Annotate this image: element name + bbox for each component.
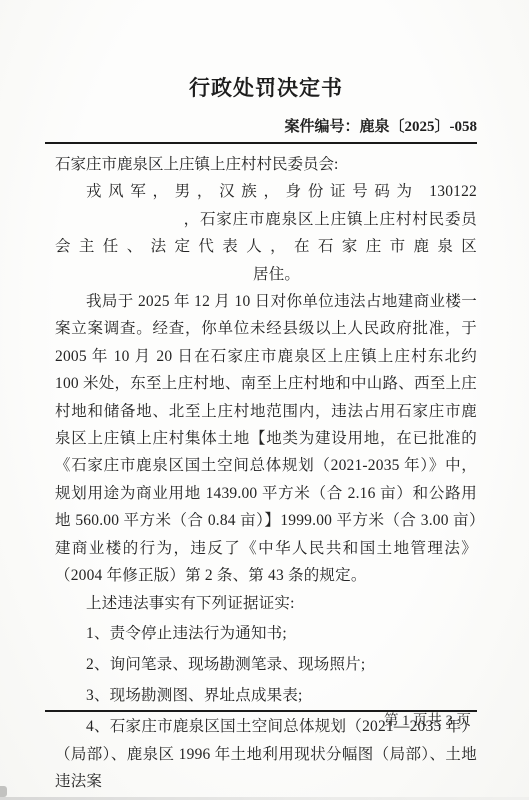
case-facts-paragraph: 我局于 2025 年 12 月 10 日对你单位违法占地建商业楼一案立案调查。经… xyxy=(55,288,477,589)
header-divider-rule xyxy=(45,142,477,144)
evidence-intro-line: 上述违法事实有下列证据证实: xyxy=(55,590,477,617)
scanned-document-page: 行政处罚决定书 案件编号：鹿泉〔2025〕-058 石家庄市鹿泉区上庄镇上庄村村… xyxy=(0,0,529,800)
case-number-value: 鹿泉〔2025〕-058 xyxy=(360,119,478,135)
party-info-text-3: 居住。 xyxy=(253,266,300,283)
party-info-text-1: 戎风军，男，汉族，身份证号码为 130122 xyxy=(86,183,477,200)
address-redacted-blank xyxy=(55,278,253,279)
evidence-item-3: 3、现场勘测图、界址点成果表; xyxy=(55,682,477,709)
evidence-item-2: 2、询问笔录、现场勘测笔录、现场照片; xyxy=(55,651,477,678)
page-number-footer: 第 1 页共 3 页 xyxy=(384,709,471,730)
scan-corner-smudge-artifact xyxy=(0,786,7,797)
recipient-line: 石家庄市鹿泉区上庄镇上庄村村民委员会: xyxy=(55,151,477,178)
document-content: 行政处罚决定书 案件编号：鹿泉〔2025〕-058 石家庄市鹿泉区上庄镇上庄村村… xyxy=(55,0,477,795)
party-info-text-2: ，石家庄市鹿泉区上庄镇上庄村村民委员会主任、法定代表人，在石家庄市鹿泉区 xyxy=(55,211,477,255)
id-number-redacted-blank xyxy=(55,223,183,224)
party-info-paragraph: 戎风军，男，汉族，身份证号码为 130122，石家庄市鹿泉区上庄镇上庄村村民委员… xyxy=(55,178,477,288)
document-title: 行政处罚决定书 xyxy=(55,72,477,102)
case-number-label: 案件编号： xyxy=(284,119,359,135)
evidence-item-1: 1、责令停止违法行为通知书; xyxy=(55,620,477,647)
case-number-line: 案件编号：鹿泉〔2025〕-058 xyxy=(55,115,477,136)
